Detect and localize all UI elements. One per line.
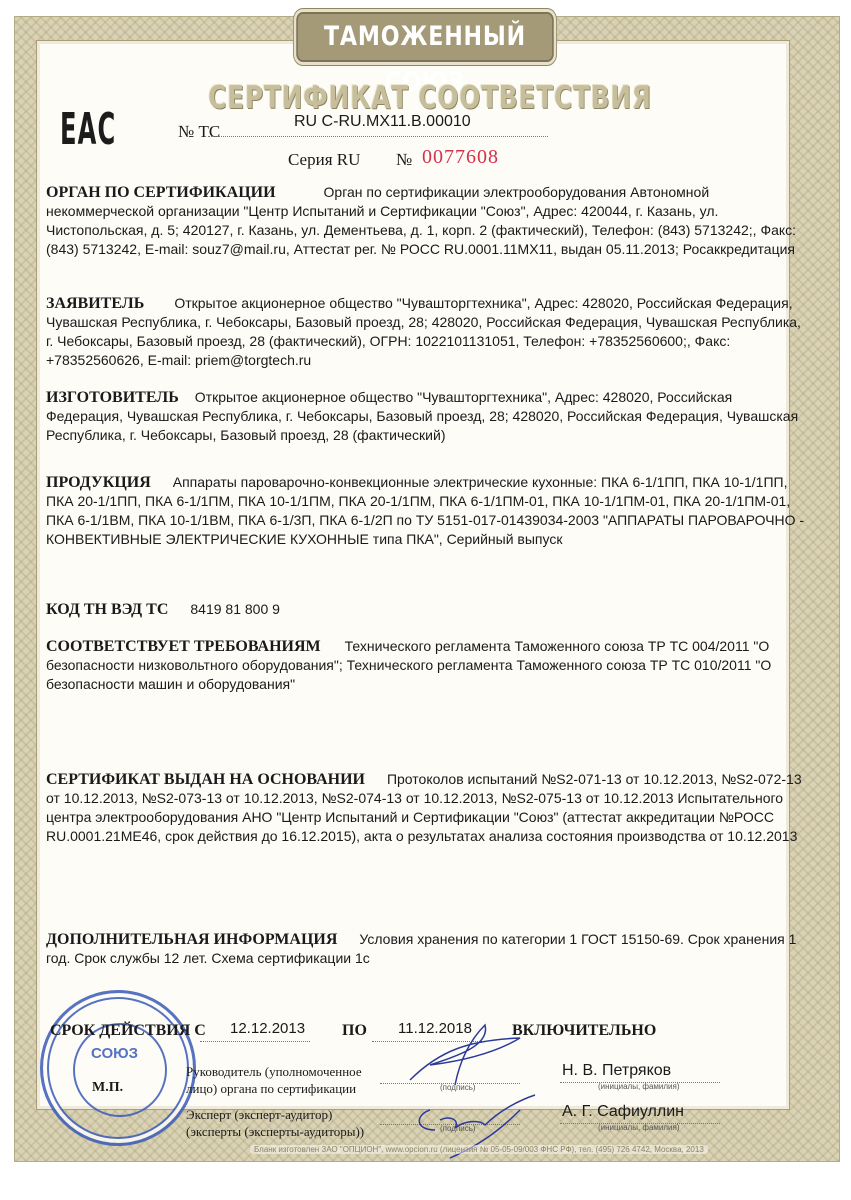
head-name-caption: (инициалы, фамилия) xyxy=(598,1082,680,1091)
organization-stamp: СОЮЗ xyxy=(40,990,196,1146)
section-heading: ОРГАН ПО СЕРТИФИКАЦИИ xyxy=(46,184,276,201)
head-label-line2: лицо) органа по сертификации xyxy=(186,1081,356,1097)
customs-union-banner: ТАМОЖЕННЫЙ СОЮЗ xyxy=(296,12,553,62)
section-applicant: ЗАЯВИТЕЛЬОткрытое акционерное общество "… xyxy=(46,294,806,370)
section-heading: ПРОДУКЦИЯ xyxy=(46,474,151,491)
section-hs-code: КОД ТН ВЭД ТС8419 81 800 9 xyxy=(46,600,806,619)
section-heading: ЗАЯВИТЕЛЬ xyxy=(46,295,144,312)
blank-number-label: № xyxy=(396,150,412,170)
series-label: Серия RU xyxy=(288,150,360,170)
section-manufacturer: ИЗГОТОВИТЕЛЬОткрытое акционерное обществ… xyxy=(46,388,806,445)
section-conforms-to: СООТВЕТСТВУЕТ ТРЕБОВАНИЯМТехнического ре… xyxy=(46,637,806,694)
validity-to-label: ПО xyxy=(342,1022,367,1040)
print-note: Бланк изготовлен ЗАО "ОПЦИОН", www.opcio… xyxy=(250,1145,708,1154)
validity-from-date: 12.12.2013 xyxy=(230,1020,305,1037)
expert-label-line1: Эксперт (эксперт-аудитор) xyxy=(186,1107,332,1123)
section-heading: ИЗГОТОВИТЕЛЬ xyxy=(46,389,179,406)
validity-from-line xyxy=(200,1040,310,1042)
head-signature-icon xyxy=(400,1020,530,1090)
blank-number: 0077608 xyxy=(422,146,499,169)
section-heading: ДОПОЛНИТЕЛЬНАЯ ИНФОРМАЦИЯ xyxy=(46,931,337,948)
section-issued-on-basis: СЕРТИФИКАТ ВЫДАН НА ОСНОВАНИИПротоколов … xyxy=(46,770,806,846)
section-heading: СООТВЕТСТВУЕТ ТРЕБОВАНИЯМ xyxy=(46,638,321,655)
validity-from-label: СРОК ДЕЙСТВИЯ С xyxy=(50,1022,206,1040)
section-additional-info: ДОПОЛНИТЕЛЬНАЯ ИНФОРМАЦИЯУсловия хранени… xyxy=(46,930,806,968)
section-text: Аппараты пароварочно-конвекционные элект… xyxy=(46,474,804,547)
expert-label-line2: (эксперты (эксперты-аудиторы)) xyxy=(186,1124,364,1140)
expert-name-caption: (инициалы, фамилия) xyxy=(598,1123,680,1132)
head-label-line1: Руководитель (уполномоченное xyxy=(186,1064,362,1080)
stamp-place-label: М.П. xyxy=(92,1080,123,1096)
section-heading: КОД ТН ВЭД ТС xyxy=(46,601,168,618)
tc-number-value: RU C-RU.MX11.B.00010 xyxy=(208,113,548,137)
stamp-logo: СОЮЗ xyxy=(91,1045,138,1062)
section-product: ПРОДУКЦИЯАппараты пароварочно-конвекцион… xyxy=(46,473,806,549)
validity-inclusive-label: ВКЛЮЧИТЕЛЬНО xyxy=(512,1022,656,1040)
expert-name: А. Г. Сафиуллин xyxy=(562,1103,684,1121)
section-heading: СЕРТИФИКАТ ВЫДАН НА ОСНОВАНИИ xyxy=(46,771,365,788)
eac-logo-icon: EAC xyxy=(60,104,116,155)
certificate-title: СЕРТИФИКАТ СООТВЕТСТВИЯ xyxy=(206,80,654,116)
head-name: Н. В. Петряков xyxy=(562,1062,671,1080)
section-certification-body: ОРГАН ПО СЕРТИФИКАЦИИОрган по сертификац… xyxy=(46,183,806,259)
section-text: Открытое акционерное общество "Чувашторг… xyxy=(46,295,801,368)
section-text: 8419 81 800 9 xyxy=(190,601,280,617)
